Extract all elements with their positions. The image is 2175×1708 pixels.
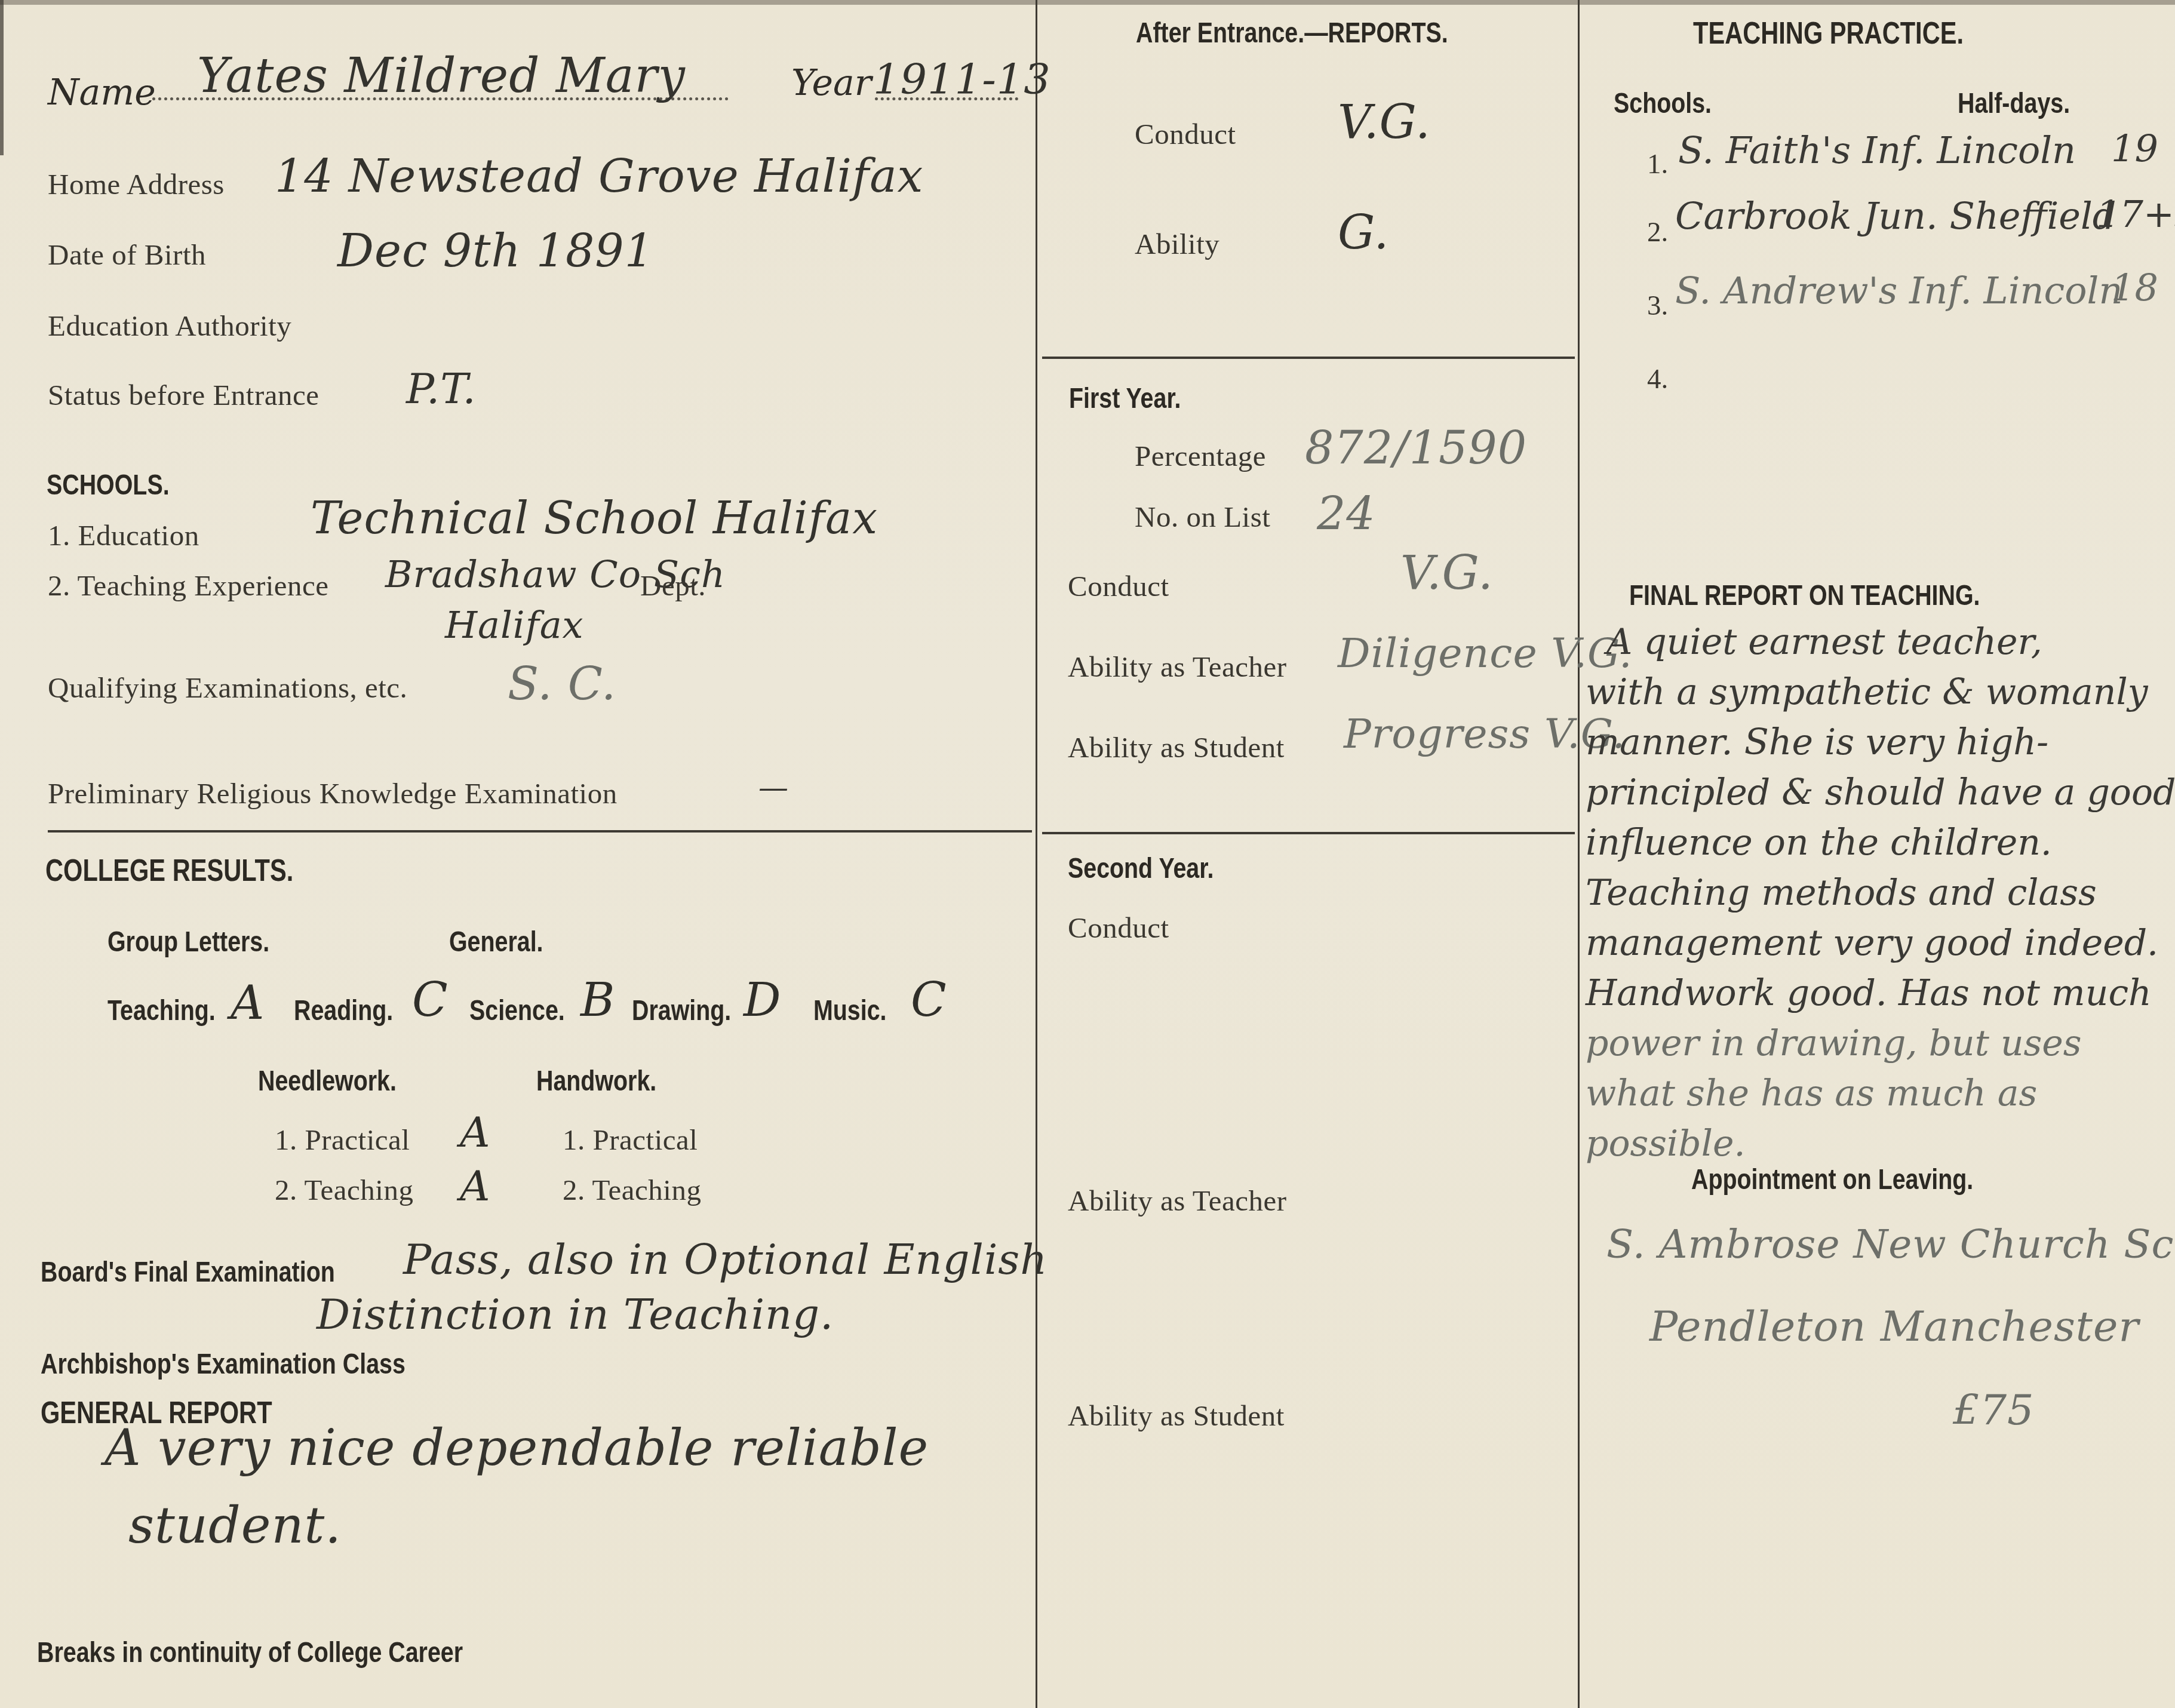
handwork-practical-label: 1. Practical — [563, 1123, 698, 1157]
group-reading-label: Reading. — [294, 994, 393, 1027]
final-report-line: what she has as much as — [1586, 1073, 2037, 1114]
tp-entry-half-days: 18 — [2111, 266, 2158, 309]
schools-heading: SCHOOLS. — [47, 469, 170, 502]
final-report-line: Handwork good. Has not much — [1586, 972, 2152, 1014]
prelim-religious-value: — — [758, 770, 789, 805]
education-label: 1. Education — [48, 518, 199, 552]
tp-entry-number: 3. — [1647, 290, 1668, 322]
final-report-heading: FINAL REPORT ON TEACHING. — [1629, 579, 1980, 612]
status-value: P.T. — [406, 364, 477, 413]
after-entrance-ability-label: Ability — [1135, 227, 1219, 261]
percentage-label: Percentage — [1135, 439, 1266, 473]
final-report-line: A quiet earnest teacher, — [1606, 621, 2042, 663]
prelim-religious-label: Preliminary Religious Knowledge Examinat… — [48, 776, 618, 810]
appointment-line1: S. Ambrose New Church School — [1606, 1221, 2175, 1267]
boards-final-value: Pass, also in Optional English — [403, 1235, 1047, 1284]
second-year-ability-teacher-label: Ability as Teacher — [1068, 1184, 1287, 1218]
needlework-label: Needlework. — [258, 1065, 397, 1098]
needlework-teaching-label: 2. Teaching — [275, 1173, 413, 1207]
tp-entry-number: 4. — [1647, 363, 1668, 395]
group-drawing-grade: D — [744, 973, 781, 1027]
home-address-label: Home Address — [48, 167, 225, 201]
divider-college-results — [48, 830, 1032, 833]
appointment-salary: £75 — [1953, 1386, 2035, 1434]
teaching-experience-dept: Dept. — [640, 569, 706, 603]
group-music-label: Music. — [813, 994, 886, 1027]
handwork-teaching-label: 2. Teaching — [563, 1173, 701, 1207]
year-value: 1911-13 — [873, 55, 1051, 104]
dob-label: Date of Birth — [48, 238, 206, 272]
first-year-conduct-label: Conduct — [1068, 569, 1169, 603]
card-left-edge — [0, 0, 4, 155]
home-address-value: 14 Newstead Grove Halifax — [275, 149, 923, 202]
teaching-experience-label: 2. Teaching Experience — [48, 569, 329, 603]
second-year-ability-student-label: Ability as Student — [1068, 1399, 1285, 1433]
teaching-experience-value-line2: Halifax — [445, 603, 584, 647]
no-on-list-label: No. on List — [1135, 500, 1270, 534]
column-divider-right — [1578, 0, 1580, 1708]
tp-entry-school: S. Faith's Inf. Lincoln — [1678, 128, 2076, 172]
percentage-value: 872/1590 — [1305, 421, 1527, 474]
boards-final-value-line2: Distinction in Teaching. — [317, 1290, 834, 1339]
divider-first-year — [1042, 357, 1575, 359]
group-teaching-label: Teaching. — [107, 994, 216, 1027]
after-entrance-heading: After Entrance.—REPORTS. — [1136, 17, 1448, 50]
after-entrance-ability-value: G. — [1338, 206, 1389, 260]
appointment-heading: Appointment on Leaving. — [1691, 1163, 1973, 1196]
group-science-label: Science. — [469, 994, 565, 1027]
education-value: Technical School Halifax — [311, 493, 878, 544]
name-value: Yates Mildred Mary — [197, 48, 686, 103]
general-label: General. — [449, 926, 543, 959]
needlework-practical-label: 1. Practical — [275, 1123, 410, 1157]
college-results-heading: COLLEGE RESULTS. — [45, 853, 293, 889]
card-top-edge — [0, 0, 2175, 5]
year-label: Year — [791, 62, 871, 104]
general-report-line2: student. — [128, 1496, 342, 1555]
group-science-grade: B — [580, 973, 615, 1027]
archbishop-exam-label: Archbishop's Examination Class — [41, 1348, 405, 1381]
boards-final-label: Board's Final Examination — [41, 1256, 335, 1289]
appointment-line2: Pendleton Manchester — [1649, 1302, 2139, 1351]
group-letters-label: Group Letters. — [107, 926, 269, 959]
qualifying-exams-label: Qualifying Examinations, etc. — [48, 671, 407, 705]
tp-entry-half-days: 19 — [2111, 127, 2158, 170]
after-entrance-conduct-value: V.G. — [1338, 96, 1431, 149]
final-report-line: principled & should have a good — [1586, 772, 2175, 813]
group-reading-grade: C — [412, 973, 448, 1027]
second-year-conduct-label: Conduct — [1068, 911, 1169, 945]
first-year-conduct-value: V.G. — [1400, 546, 1494, 600]
no-on-list-value: 24 — [1317, 487, 1376, 540]
final-report-line: influence on the children. — [1586, 822, 2052, 864]
first-year-ability-teacher-value: Diligence V.G. — [1338, 630, 1633, 677]
group-teaching-grade: A — [231, 976, 264, 1030]
first-year-ability-student-value: Progress V.G. — [1344, 711, 1626, 758]
first-year-ability-student-label: Ability as Student — [1068, 730, 1285, 764]
tp-half-days-label: Half-days. — [1958, 87, 2070, 120]
final-report-line: possible. — [1586, 1123, 1745, 1165]
final-report-line: power in drawing, but uses — [1586, 1022, 2082, 1064]
education-authority-label: Education Authority — [48, 309, 291, 343]
teaching-practice-heading: TEACHING PRACTICE. — [1693, 16, 1964, 51]
breaks-continuity-label: Breaks in continuity of College Career — [37, 1636, 463, 1669]
first-year-ability-teacher-label: Ability as Teacher — [1068, 650, 1287, 684]
tp-entry-school: S. Andrew's Inf. Lincoln — [1675, 269, 2122, 312]
final-report-line: Teaching methods and class — [1586, 872, 2097, 914]
tp-entry-number: 2. — [1647, 216, 1668, 248]
general-report-line1: A very nice dependable reliable — [105, 1418, 929, 1477]
student-record-card: Name Yates Mildred Mary Year 1911-13 Hom… — [0, 0, 2175, 1708]
final-report-line: manner. She is very high- — [1586, 721, 2048, 763]
tp-entry-half-days: 17+3 — [2096, 192, 2175, 236]
handwork-label: Handwork. — [536, 1065, 656, 1098]
group-drawing-label: Drawing. — [632, 994, 731, 1027]
tp-schools-label: Schools. — [1614, 87, 1712, 120]
name-label: Name — [48, 72, 156, 113]
status-label: Status before Entrance — [48, 378, 320, 412]
divider-second-year — [1042, 832, 1575, 834]
column-divider-left — [1036, 0, 1037, 1708]
needlework-teaching-grade: A — [460, 1162, 490, 1211]
tp-entry-school: Carbrook Jun. Sheffield — [1675, 194, 2116, 238]
needlework-practical-grade: A — [460, 1108, 490, 1157]
group-music-grade: C — [911, 973, 947, 1027]
final-report-line: with a sympathetic & womanly — [1586, 671, 2148, 713]
first-year-heading: First Year. — [1069, 382, 1181, 415]
after-entrance-conduct-label: Conduct — [1135, 117, 1236, 151]
second-year-heading: Second Year. — [1068, 852, 1214, 885]
qualifying-exams-value: S. C. — [508, 657, 616, 710]
tp-entry-number: 1. — [1647, 148, 1668, 180]
final-report-line: management very good indeed. — [1586, 922, 2158, 964]
dob-value: Dec 9th 1891 — [337, 224, 654, 277]
